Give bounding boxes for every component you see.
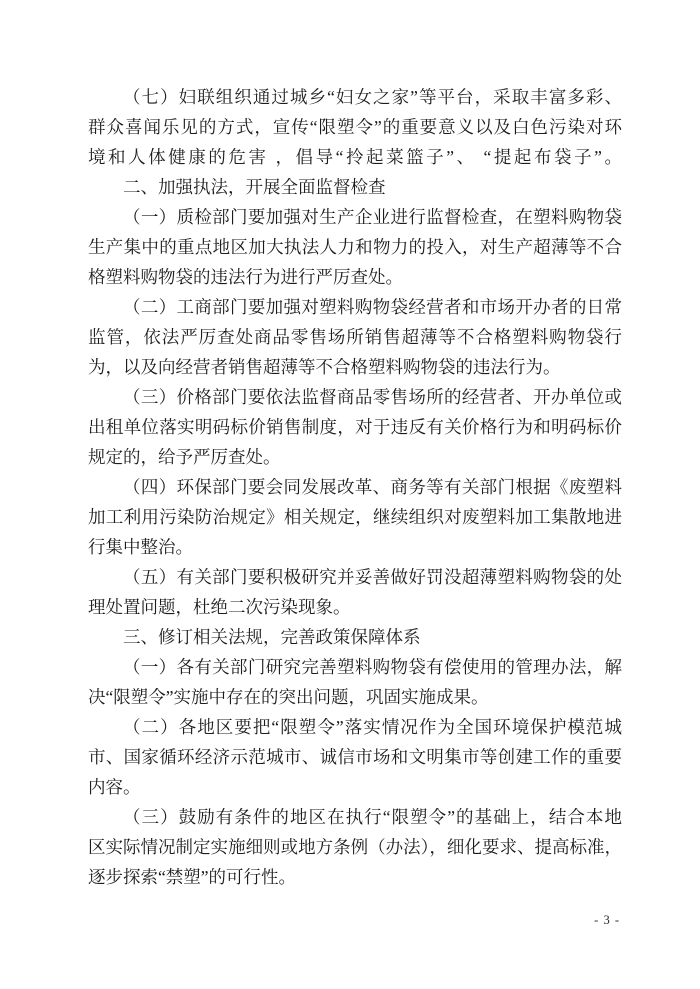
text-line: 为，以及向经营者销售超薄等不合格塑料购物袋的违法行为。 (88, 352, 622, 382)
text-line: 理处置问题，杜绝二次污染现象。 (88, 592, 622, 622)
text-line: 规定的，给予严厉查处。 (88, 442, 622, 472)
text-line: 行集中整治。 (88, 532, 622, 562)
text-line: 加工利用污染防治规定》相关规定，继续组织对废塑料加工集散地进 (88, 502, 622, 532)
text-line: 区实际情况制定实施细则或地方条例（办法），细化要求、提高标准， (88, 832, 622, 862)
text-line: （一）各有关部门研究完善塑料购物袋有偿使用的管理办法，解 (88, 652, 622, 682)
text-line: 决“限塑令”实施中存在的突出问题，巩固实施成果。 (88, 682, 622, 712)
text-line: 格塑料购物袋的违法行为进行严厉查处。 (88, 262, 622, 292)
section-heading: 二、加强执法，开展全面监督检查 (88, 172, 622, 202)
section-heading: 三、修订相关法规，完善政策保障体系 (88, 622, 622, 652)
text-line: 生产集中的重点地区加大执法人力和物力的投入，对生产超薄等不合 (88, 232, 622, 262)
text-line: （二）工商部门要加强对塑料购物袋经营者和市场开办者的日常 (88, 292, 622, 322)
text-line: 群众喜闻乐见的方式，宣传“限塑令”的重要意义以及白色污染对环 (88, 112, 622, 142)
text-line: （七）妇联组织通过城乡“妇女之家”等平台，采取丰富多彩、 (88, 82, 622, 112)
text-line: 逐步探索“禁塑”的可行性。 (88, 862, 622, 892)
text-line: （四）环保部门要会同发展改革、商务等有关部门根据《废塑料 (88, 472, 622, 502)
text-line: （三）鼓励有条件的地区在执行“限塑令”的基础上，结合本地 (88, 802, 622, 832)
text-line: （二）各地区要把“限塑令”落实情况作为全国环境保护模范城 (88, 712, 622, 742)
text-line: （五）有关部门要积极研究并妥善做好罚没超薄塑料购物袋的处 (88, 562, 622, 592)
text-line: 出租单位落实明码标价销售制度，对于违反有关价格行为和明码标价 (88, 412, 622, 442)
text-line: 境和人体健康的危害 ，倡导“拎起菜篮子”、 “提起布袋子”。 (88, 142, 622, 172)
text-line: 市、国家循环经济示范城市、诚信市场和文明集市等创建工作的重要 (88, 742, 622, 772)
page-number: - 3 - (594, 912, 620, 928)
text-line: 监管，依法严厉查处商品零售场所销售超薄等不合格塑料购物袋行 (88, 322, 622, 352)
document-page: （七）妇联组织通过城乡“妇女之家”等平台，采取丰富多彩、群众喜闻乐见的方式，宣传… (0, 0, 700, 989)
text-line: （一）质检部门要加强对生产企业进行监督检查，在塑料购物袋 (88, 202, 622, 232)
document-body: （七）妇联组织通过城乡“妇女之家”等平台，采取丰富多彩、群众喜闻乐见的方式，宣传… (88, 82, 622, 892)
text-line: 内容。 (88, 772, 622, 802)
text-line: （三）价格部门要依法监督商品零售场所的经营者、开办单位或 (88, 382, 622, 412)
